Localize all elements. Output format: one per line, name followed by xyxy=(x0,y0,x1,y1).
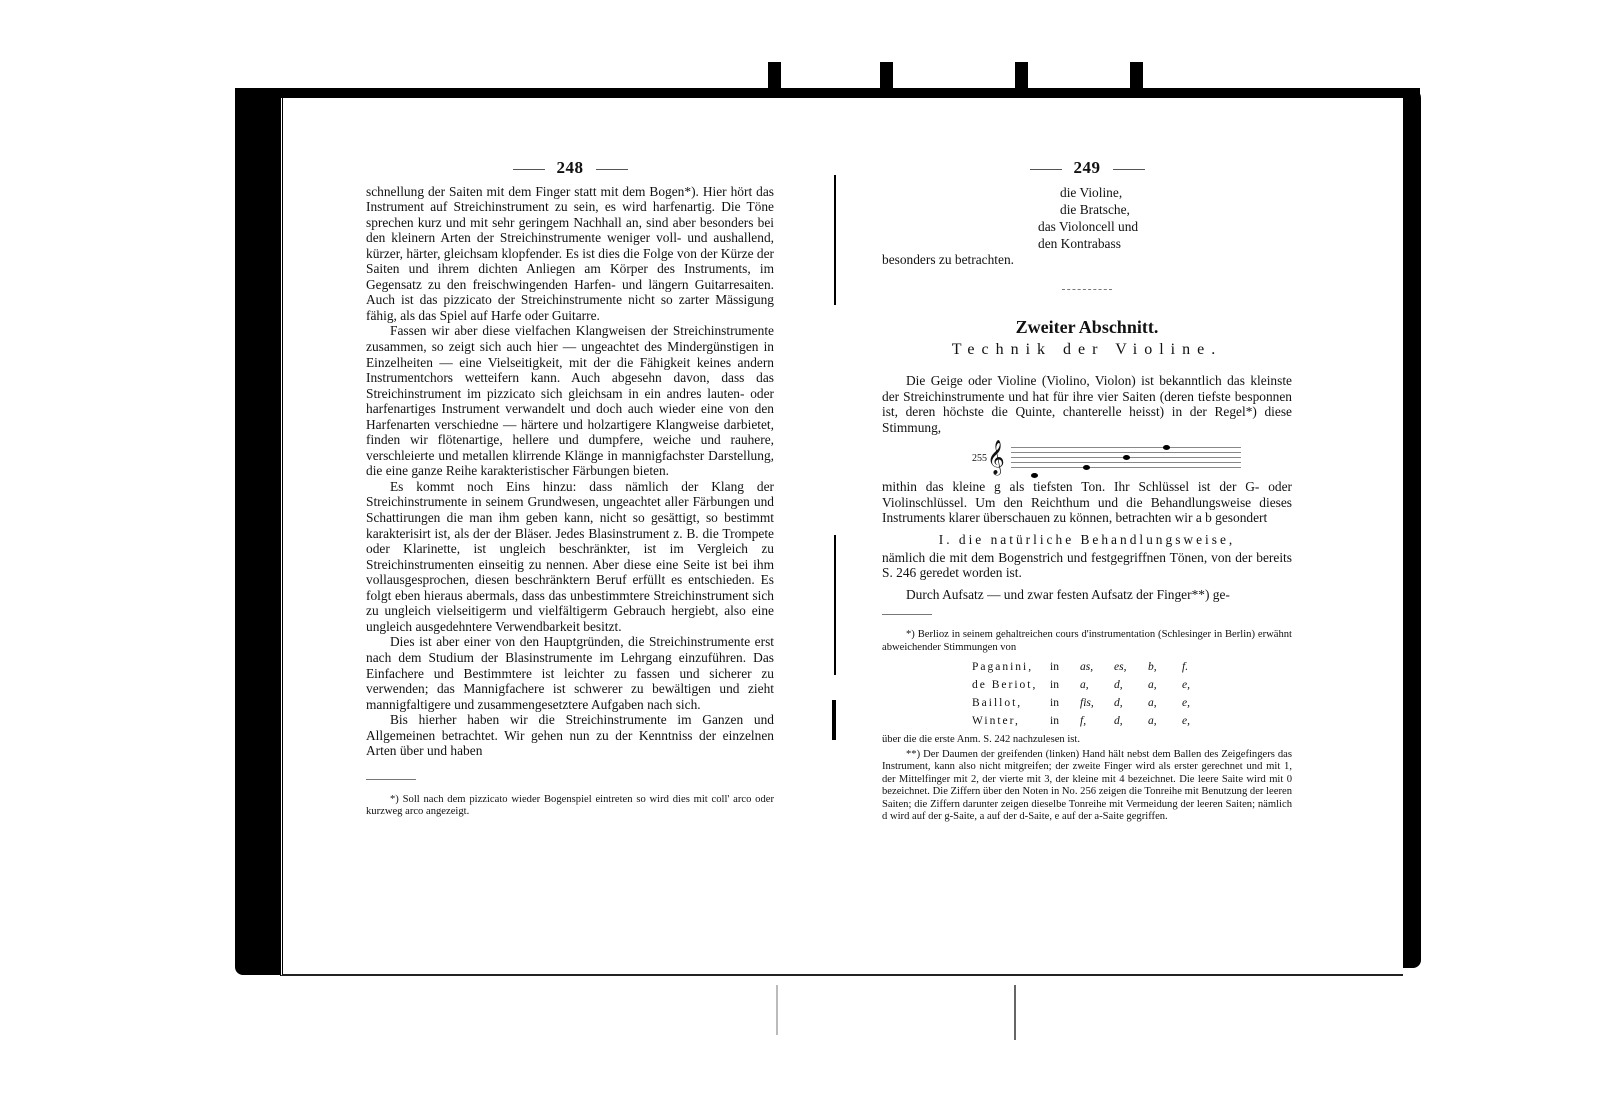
gutter-line xyxy=(834,175,836,305)
paragraph: Bis hierher haben wir die Streichinstrum… xyxy=(366,712,774,759)
gutter-mark xyxy=(832,700,836,740)
gutter-line xyxy=(834,535,836,675)
left-page: 248 schnellung der Saiten mit dem Finger… xyxy=(366,160,774,819)
paragraph: mithin das kleine g als tiefsten Ton. Ih… xyxy=(882,479,1292,526)
footnote: **) Der Daumen der greifenden (linken) H… xyxy=(882,749,1292,824)
paragraph: nämlich die mit dem Bogenstrich und fest… xyxy=(882,550,1292,581)
page-clip-1 xyxy=(768,62,781,98)
footnote: *) Berlioz in seinem gehaltreichen cours… xyxy=(882,629,1292,654)
paragraph: Durch Aufsatz — und zwar festen Aufsatz … xyxy=(882,587,1292,603)
page-clip-2 xyxy=(880,62,893,98)
page-number: 248 xyxy=(366,160,774,176)
treble-clef-icon: 𝄞 xyxy=(987,443,1005,473)
paragraph: Die Geige oder Violine (Violino, Violon)… xyxy=(882,373,1292,435)
tuning-table: Paganini,inas,es,b,f. de Beriot,ina,d,a,… xyxy=(972,658,1292,730)
list-item: die Bratsche, xyxy=(1060,201,1292,218)
page-number: 249 xyxy=(882,160,1292,176)
section-title: Zweiter Abschnitt. xyxy=(882,320,1292,336)
footnote: über die die erste Anm. S. 242 nachzules… xyxy=(882,734,1292,747)
tuning-row: Baillot,infis,d,a,e, xyxy=(972,694,1292,712)
paragraph: Dies ist aber einer von den Hauptgründen… xyxy=(366,634,774,712)
footnote-rule xyxy=(882,614,932,615)
subheading: I. die natürliche Behandlungsweise, xyxy=(882,532,1292,548)
scan-artifact xyxy=(1014,985,1016,1040)
music-example: 255 𝄞 xyxy=(972,443,1292,473)
paragraph: schnellung der Saiten mit dem Finger sta… xyxy=(366,184,774,324)
scan-artifact xyxy=(776,985,778,1035)
page-clip-4 xyxy=(1130,62,1143,98)
tuning-row: Winter,inf,d,a,e, xyxy=(972,712,1292,730)
section-divider xyxy=(1062,289,1112,290)
list-item: das Violoncell und xyxy=(1038,218,1292,235)
section-subtitle: Technik der Violine. xyxy=(882,342,1292,358)
example-number: 255 xyxy=(972,451,987,467)
instrument-list: die Violine, die Bratsche, das Violoncel… xyxy=(1060,184,1292,252)
right-page: 249 die Violine, die Bratsche, das Violo… xyxy=(882,160,1292,824)
paragraph: Fassen wir aber diese vielfachen Klangwe… xyxy=(366,323,774,478)
page-clip-3 xyxy=(1015,62,1028,98)
footnote-rule xyxy=(366,779,416,780)
tuning-row: Paganini,inas,es,b,f. xyxy=(972,658,1292,676)
music-staff xyxy=(1011,443,1241,473)
paragraph: Es kommt noch Eins hinzu: dass nämlich d… xyxy=(366,479,774,634)
paragraph: besonders zu betrachten. xyxy=(882,252,1292,268)
book-cover-left-edge xyxy=(235,90,280,975)
footnote: *) Soll nach dem pizzicato wieder Bogens… xyxy=(366,794,774,819)
tuning-row: de Beriot,ina,d,a,e, xyxy=(972,676,1292,694)
list-item: die Violine, xyxy=(1060,184,1292,201)
list-item: den Kontrabass xyxy=(1038,235,1292,252)
